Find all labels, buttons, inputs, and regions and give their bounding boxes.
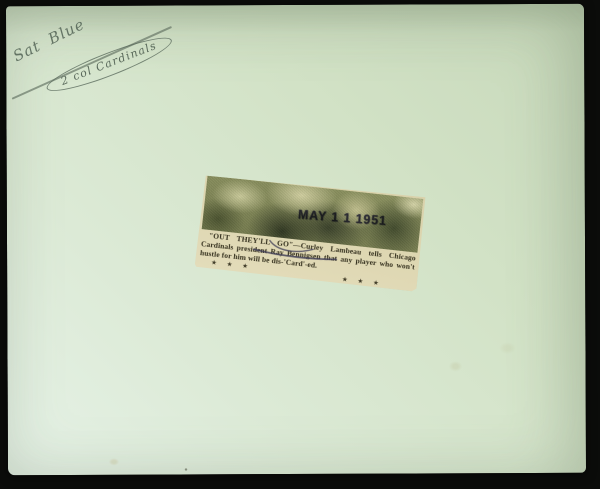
pen-edit-marks [194,173,426,292]
scrapbook-page: Sat Blue 2 col Cardinals MAY 1 1 1951 "O… [6,4,586,476]
newspaper-clipping: MAY 1 1 1951 "OUT THEY'LL GO"—Curley Lam… [194,173,426,292]
photo-of-scrapbook: { "page": { "handwriting": { "note_top":… [0,0,600,489]
handwritten-note-circled-text: 2 col Cardinals [59,39,159,88]
